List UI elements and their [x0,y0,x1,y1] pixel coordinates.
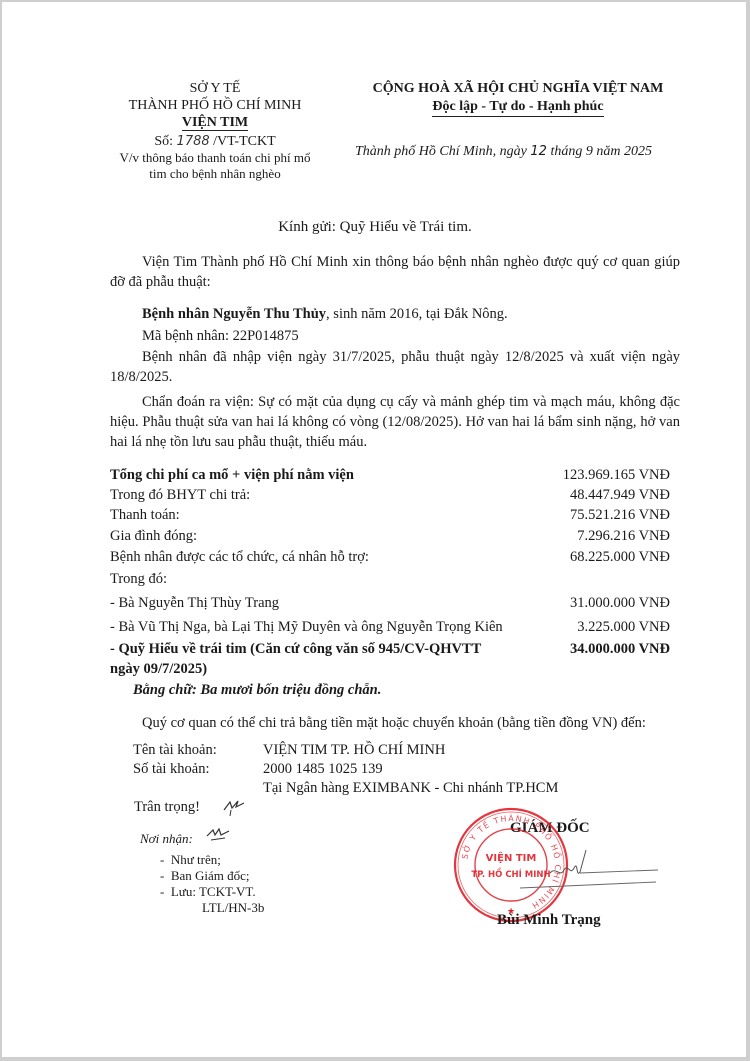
recipient-item: - Như trên; [160,852,221,868]
cost-label: Gia đình đóng: [110,526,197,546]
cost-value: 75.521.216 VNĐ [570,505,670,525]
initial-mark-icon [222,796,248,818]
signer-name: Bùi Minh Trạng [497,912,601,929]
patient-code: Mã bệnh nhân: 22P014875 [110,326,680,346]
cost-value: 3.225.000 VNĐ [577,617,670,637]
intro-paragraph: Viện Tim Thành phố Hồ Chí Minh xin thông… [110,252,680,292]
admission-paragraph: Bệnh nhân đã nhập viện ngày 31/7/2025, p… [110,347,680,387]
cost-label: ngày 09/7/2025) [110,659,207,679]
subject-line-1: V/v thông báo thanh toán chi phí mổ [100,150,330,166]
recipients-title: Nơi nhận: [140,831,193,847]
agency-header: SỞ Y TẾ THÀNH PHỐ HỒ CHÍ MINH VIỆN TIM S… [100,80,330,182]
cost-value: 34.000.000 VNĐ [570,639,670,659]
cost-label: - Bà Vũ Thị Nga, bà Lại Thị Mỹ Duyên và … [110,617,503,637]
cost-label: - Bà Nguyễn Thị Thùy Trang [110,593,279,613]
cost-label: Thanh toán: [110,505,180,525]
national-header: CỘNG HOÀ XÃ HỘI CHỦ NGHĨA VIỆT NAM Độc l… [348,80,688,117]
cost-label: Trong đó: [110,569,167,589]
diagnosis-paragraph: Chẩn đoán ra viện: Sự có mặt của dụng cụ… [110,392,680,452]
reference-code: LTL/HN-3b [202,900,264,916]
cost-label: Tổng chi phí ca mổ + viện phí nằm viện [110,465,354,485]
agency-line-1: SỞ Y TẾ [100,80,330,97]
account-name-row: Tên tài khoản:VIỆN TIM TP. HỒ CHÍ MINH [133,741,445,759]
account-name-label: Tên tài khoản: [133,741,263,759]
cost-value: 68.225.000 VNĐ [570,547,670,567]
patient-name: Bệnh nhân Nguyễn Thu Thủy, sinh năm 2016… [110,304,680,324]
closing: Trân trọng! [134,799,200,816]
payment-intro: Quý cơ quan có thể chi trả bằng tiền mặt… [142,715,646,732]
bank-row: Tại Ngân hàng EXIMBANK - Chi nhánh TP.HC… [133,779,558,797]
document-number: Số: 1788 /VT-TCKT [100,133,330,150]
recipient-item: - Ban Giám đốc; [160,868,250,884]
amount-in-words: Bằng chữ: Ba mươi bốn triệu đồng chẵn. [133,682,381,699]
cost-value: 48.447.949 VNĐ [570,485,670,505]
cost-label: Trong đó BHYT chi trả: [110,485,250,505]
signature-icon [520,848,660,893]
handwritten-day: 12 [530,144,547,159]
salutation: Kính gửi: Quỹ Hiểu về Trái tim. [0,219,750,236]
agency-name: VIỆN TIM [182,115,248,131]
document-date: Thành phố Hồ Chí Minh, ngày 12 tháng 9 n… [355,144,652,160]
handwritten-number: 1788 [177,134,210,149]
account-name-value: VIỆN TIM TP. HỒ CHÍ MINH [263,742,445,758]
recipient-item: - Lưu: TCKT-VT. [160,884,256,900]
account-number-label: Số tài khoản: [133,760,263,778]
cost-value: 7.296.216 VNĐ [577,526,670,546]
account-number-row: Số tài khoản:2000 1485 1025 139 [133,760,383,778]
national-motto: Độc lập - Tự do - Hạnh phúc [432,98,603,117]
subject-line-2: tim cho bệnh nhân nghèo [100,166,330,182]
cost-value: 123.969.165 VNĐ [563,465,670,485]
cost-label: Bệnh nhân được các tổ chức, cá nhân hỗ t… [110,547,369,567]
bank-name: Tại Ngân hàng EXIMBANK - Chi nhánh TP.HC… [263,780,558,796]
agency-line-2: THÀNH PHỐ HỒ CHÍ MINH [100,97,330,114]
cost-label: - Quỹ Hiểu về trái tim (Căn cứ công văn … [110,639,481,659]
national-title: CỘNG HOÀ XÃ HỘI CHỦ NGHĨA VIỆT NAM [348,80,688,97]
initial-mark-icon [205,826,233,844]
cost-value: 31.000.000 VNĐ [570,593,670,613]
account-number-value: 2000 1485 1025 139 [263,761,383,777]
